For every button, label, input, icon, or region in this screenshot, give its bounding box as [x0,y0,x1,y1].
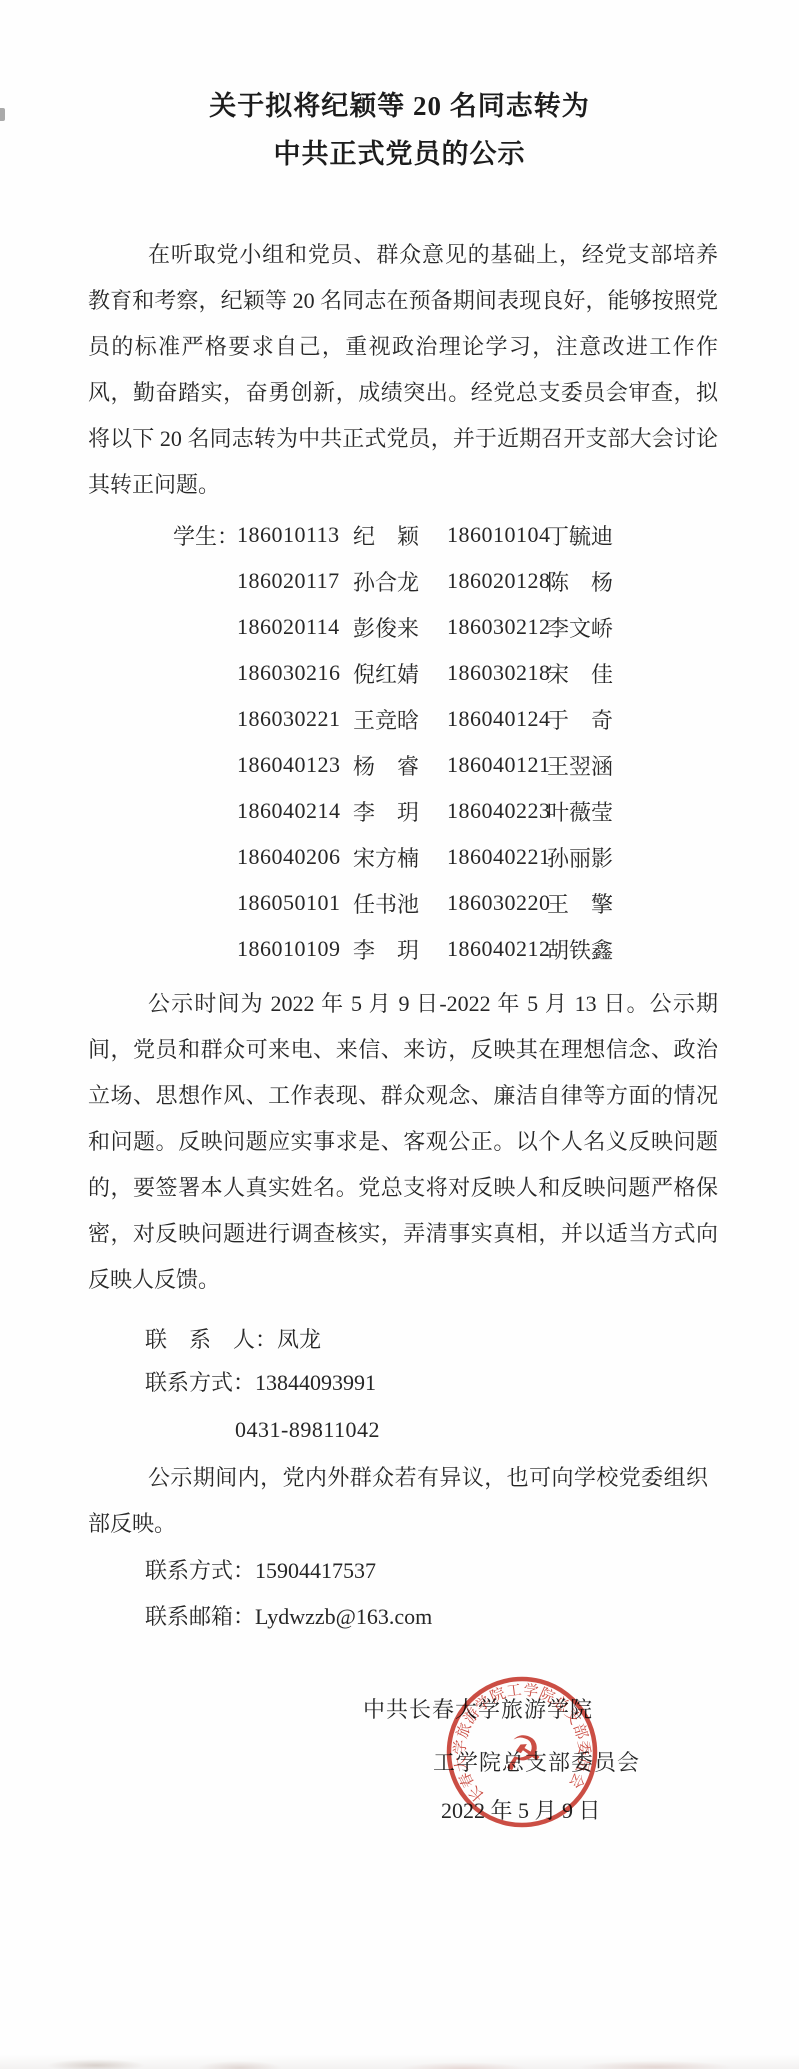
scan-bottom-edge-artifact [0,2045,799,2069]
student-name: 宋方楠 [353,842,447,873]
student-name: 孙合龙 [353,566,447,597]
student-id: 186040124 [447,706,547,732]
student-name: 于 奇 [547,704,613,735]
student-row: 186030221 王竞晗 186040124 于 奇 [173,696,799,742]
student-id: 186010113 [237,522,353,548]
page-title: 关于拟将纪颖等 20 名同志转为 中共正式党员的公示 [0,82,799,178]
student-row: 186040206 宋方楠 186040221 孙丽影 [173,834,799,880]
student-id: 186030218 [447,660,547,686]
student-id: 186040223 [447,798,547,824]
signature-date: 2022 年 5 月 9 日 [441,1788,601,1834]
student-id: 186040221 [447,844,547,870]
student-id: 186030220 [447,890,547,916]
student-name: 李文峤 [547,612,613,643]
student-name: 杨 睿 [353,750,447,781]
student-row: 186030216 倪红婧 186030218 宋 佳 [173,650,799,696]
student-id: 186050101 [237,890,353,916]
student-name: 孙丽影 [547,842,613,873]
student-id: 186020128 [447,568,547,594]
student-name: 纪 颖 [353,520,447,551]
objection-paragraph: 公示期间内，党内外群众若有异议，也可向学校党委组织部反映。 [88,1455,708,1547]
student-row: 186050101 任书池 186030220 王 擎 [173,880,799,926]
student-name: 叶薇莹 [547,796,613,827]
intro-paragraph: 在听取党小组和党员、群众意见的基础上，经党支部培养教育和考察，纪颖等 20 名同… [88,232,718,508]
student-id: 186030221 [237,706,353,732]
student-name: 李 玥 [353,934,447,965]
student-id: 186030212 [447,614,547,640]
student-row: 186010109 李 玥 186040212 胡铁鑫 [173,926,799,972]
student-id: 186020117 [237,568,353,594]
student-name: 李 玥 [353,796,447,827]
student-name: 王 擎 [547,888,613,919]
contact-phone-line-1b: 0431-89811042 [235,1407,380,1453]
org-signature-line-1: 中共长春大学旅游学院 [363,1687,593,1733]
student-row: 186020114 彭俊来 186030212 李文峤 [173,604,799,650]
student-name: 丁毓迪 [547,520,613,551]
student-name: 彭俊来 [353,612,447,643]
contact-phone-line-2: 联系方式：15904417537 [145,1548,376,1594]
student-id: 186010104 [447,522,547,548]
notice-document-page: 关于拟将纪颖等 20 名同志转为 中共正式党员的公示 在听取党小组和党员、群众意… [0,0,799,2069]
student-id: 186040212 [447,936,547,962]
student-row: 学生： 186010113 纪 颖 186010104 丁毓迪 [173,512,799,558]
student-name: 倪红婧 [353,658,447,689]
student-name: 王翌涵 [547,750,613,781]
student-row: 186020117 孙合龙 186020128 陈 杨 [173,558,799,604]
student-id: 186040206 [237,844,353,870]
org-signature-line-2: 工学院总支部委员会 [433,1740,640,1786]
student-list-label: 学生： [173,520,237,551]
notice-period-paragraph: 公示时间为 2022 年 5 月 9 日-2022 年 5 月 13 日。公示期… [88,981,718,1303]
student-id: 186010109 [237,936,353,962]
contact-email-line: 联系邮箱：Lydwzzb@163.com [145,1594,432,1640]
student-id: 186040123 [237,752,353,778]
student-name: 宋 佳 [547,658,613,689]
student-name: 任书池 [353,888,447,919]
student-list: 学生： 186010113 纪 颖 186010104 丁毓迪 18602011… [0,512,799,972]
student-name: 陈 杨 [547,566,613,597]
student-row: 186040214 李 玥 186040223 叶薇莹 [173,788,799,834]
student-row: 186040123 杨 睿 186040121 王翌涵 [173,742,799,788]
contact-person-line: 联 系 人：凤龙 [145,1317,321,1363]
student-name: 胡铁鑫 [547,934,613,965]
student-id: 186030216 [237,660,353,686]
student-id: 186020114 [237,614,353,640]
student-name: 王竞晗 [353,704,447,735]
page-title-line2: 中共正式党员的公示 [0,130,799,178]
student-id: 186040214 [237,798,353,824]
student-id: 186040121 [447,752,547,778]
page-title-line1: 关于拟将纪颖等 20 名同志转为 [0,82,799,130]
contact-phone-line-1: 联系方式：13844093991 [145,1360,376,1406]
